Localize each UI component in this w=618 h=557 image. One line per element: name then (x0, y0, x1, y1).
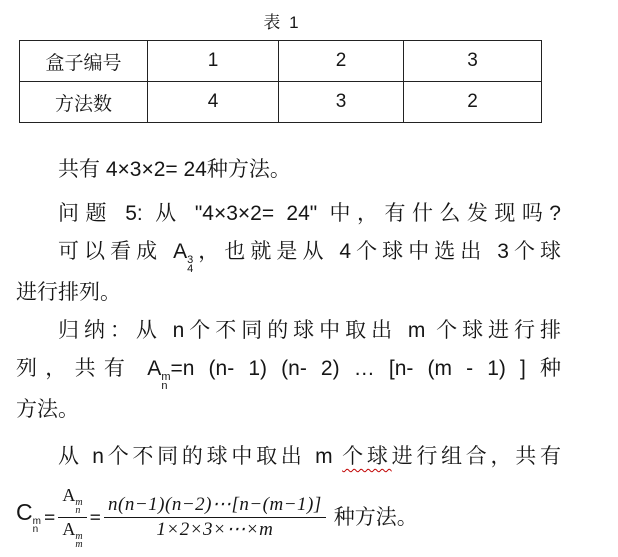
fraction-numerator: n(n−1)(n−2)⋯[n−(m−1)] (104, 495, 326, 518)
methods-table: 盒子编号 1 2 3 方法数 4 3 2 (19, 40, 542, 123)
table-cell: 1 (148, 41, 279, 82)
permutation-notation-A-n-m: Amn (147, 357, 170, 380)
line-total-methods: 共有 4×3×2= 24种方法。 (16, 151, 561, 189)
notation-base: A (62, 485, 75, 505)
line-permutation-formula: 列，共有 Amn=n (n- 1) (n- 2) … [n- (m - 1) ]… (16, 350, 561, 391)
notation-base: A (62, 519, 75, 539)
equals-sign: = (90, 499, 101, 537)
table-cell: 4 (148, 82, 279, 123)
line-text: 列，共有 (16, 357, 147, 380)
notation-scripts: mn (75, 499, 82, 515)
fraction-denominator: 1×2×3×⋯×m (156, 518, 273, 540)
table-cell: 3 (279, 82, 404, 123)
fraction-denominator: Amm (62, 518, 82, 549)
document-page: 表 1 盒子编号 1 2 3 方法数 4 3 2 共有 4×3×2= 24种方法… (0, 0, 618, 557)
notation-scripts: mm (75, 533, 82, 549)
spellcheck-underlined-text: 个球 (342, 445, 391, 468)
notation-subscript: n (75, 507, 80, 515)
table-row-box-number: 盒子编号 1 2 3 (20, 41, 542, 82)
notation-subscript: n (161, 382, 167, 391)
line-text: 可以看成 (58, 240, 173, 263)
table-row-method-count: 方法数 4 3 2 (20, 82, 542, 123)
line-methods-suffix: 方法。 (16, 391, 561, 429)
notation-subscript: n (33, 526, 39, 534)
table-cell: 2 (404, 82, 542, 123)
table-cell: 2 (279, 41, 404, 82)
line-text: =n (n- 1) (n- 2) … [n- (m - 1) ] 种 (170, 357, 561, 380)
table-cell-header: 方法数 (20, 82, 148, 123)
formula-suffix-text: 种方法。 (334, 499, 418, 537)
combination-formula: Cmn = Amn Amm = n(n−1)(n−2)⋯[n−(m−1)] 1×… (16, 486, 561, 549)
notation-base: A (173, 240, 187, 263)
line-text: 进行组合，共有 (392, 445, 561, 468)
fraction-expanded: n(n−1)(n−2)⋯[n−(m−1)] 1×2×3×⋯×m (104, 495, 326, 540)
line-question-5: 问题 5: 从 "4×3×2= 24" 中，有什么发现吗? (16, 195, 561, 233)
line-induction-intro: 归纳：从 n个不同的球中取出 m 个球进行排 (16, 312, 561, 350)
body-text: 共有 4×3×2= 24种方法。 问题 5: 从 "4×3×2= 24" 中，有… (16, 151, 561, 549)
notation-base: C (16, 499, 33, 525)
fraction-A-ratio: Amn Amm (58, 486, 86, 549)
combination-symbol-C-n-m: Cmn (16, 501, 41, 534)
line-text: 从 n个不同的球中取出 m (58, 445, 342, 468)
notation-base: A (147, 357, 161, 380)
line-perform-permutation: 进行排列。 (16, 274, 561, 312)
line-seen-as-A43: 可以看成 A34，也就是从 4个球中选出 3个球 (16, 233, 561, 274)
equals-sign: = (44, 499, 55, 537)
notation-scripts: mn (33, 518, 41, 534)
line-combination-intro: 从 n个不同的球中取出 m 个球进行组合，共有 (16, 438, 561, 476)
table-cell-header: 盒子编号 (20, 41, 148, 82)
fraction-numerator: Amn (58, 486, 86, 518)
notation-subscript: m (75, 541, 82, 549)
permutation-notation-A-4-3: A34 (173, 240, 193, 263)
table-cell: 3 (404, 41, 542, 82)
notation-subscript: 4 (187, 265, 193, 274)
table-caption: 表 1 (19, 8, 545, 33)
line-text: ，也就是从 4个球中选出 3个球 (193, 240, 561, 263)
